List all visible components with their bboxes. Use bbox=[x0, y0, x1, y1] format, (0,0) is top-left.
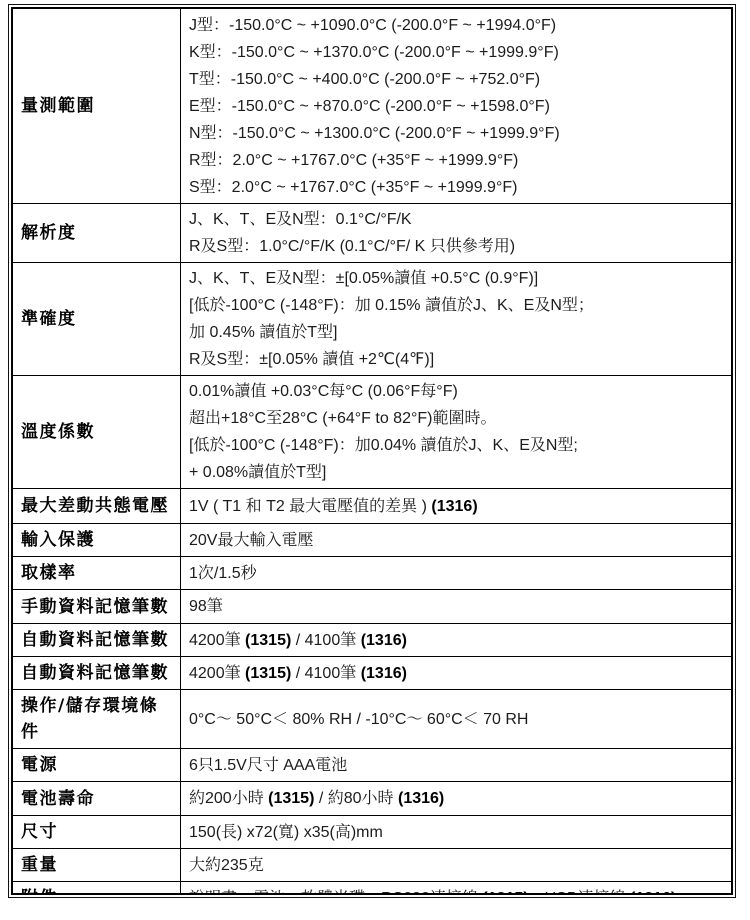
value-line: R型：2.0°C ~ +1767.0°C (+35°F ~ +1999.9°F) bbox=[189, 147, 725, 174]
value-line: 0.01%讀值 +0.03°C每°C (0.06°F每°F) bbox=[189, 378, 725, 405]
row-label-power: 電源 bbox=[13, 749, 181, 781]
table-row-auto-data-memory-2: 自動資料記憶筆數4200筆 (1315) / 4100筆 (1316) bbox=[13, 657, 731, 690]
row-value-measurement-range: J型：-150.0°C ~ +1090.0°C (-200.0°F ~ +199… bbox=[181, 9, 731, 203]
row-label-temperature-coefficient: 溫度係數 bbox=[13, 376, 181, 488]
value-line: 150(長) x72(寬) x35(高)mm bbox=[189, 819, 725, 846]
spec-table: 量測範圍J型：-150.0°C ~ +1090.0°C (-200.0°F ~ … bbox=[11, 7, 733, 895]
value-line: T型：-150.0°C ~ +400.0°C (-200.0°F ~ +752.… bbox=[189, 66, 725, 93]
table-row-resolution: 解析度J、K、T、E及N型：0.1°C/°F/KR及S型：1.0°C/°F/K … bbox=[13, 204, 731, 263]
spec-table-body: 量測範圍J型：-150.0°C ~ +1090.0°C (-200.0°F ~ … bbox=[13, 9, 731, 895]
value-line: 4200筆 (1315) / 4100筆 (1316) bbox=[189, 627, 725, 654]
row-value-manual-data-memory: 98筆 bbox=[181, 590, 731, 623]
row-value-resolution: J、K、T、E及N型：0.1°C/°F/KR及S型：1.0°C/°F/K (0.… bbox=[181, 204, 731, 262]
row-value-auto-data-memory-1: 4200筆 (1315) / 4100筆 (1316) bbox=[181, 624, 731, 656]
table-row-dimensions: 尺寸150(長) x72(寬) x35(高)mm bbox=[13, 816, 731, 849]
table-row-power: 電源6只1.5V尺寸 AAA電池 bbox=[13, 749, 731, 782]
row-label-auto-data-memory-2: 自動資料記憶筆數 bbox=[13, 657, 181, 689]
table-row-accuracy: 準確度J、K、T、E及N型：±[0.05%讀值 +0.5°C (0.9°F)][… bbox=[13, 263, 731, 376]
value-line: [低於-100°C (-148°F)：加0.04% 讀值於J、K、E及N型; bbox=[189, 432, 725, 459]
row-value-weight: 大約235克 bbox=[181, 849, 731, 881]
row-label-input-protection: 輸入保護 bbox=[13, 524, 181, 556]
value-line: J、K、T、E及N型：±[0.05%讀值 +0.5°C (0.9°F)] bbox=[189, 265, 725, 292]
row-value-input-protection: 20V最大輸入電壓 bbox=[181, 524, 731, 556]
row-value-accessories: 說明書、電池、軟體光碟、RS232連接線 (1315)、USB連接線 (1316… bbox=[181, 882, 731, 895]
row-label-resolution: 解析度 bbox=[13, 204, 181, 262]
table-row-operating-storage-environment: 操作/儲存環境條件0°C～ 50°C＜ 80% RH / -10°C～ 60°C… bbox=[13, 690, 731, 749]
table-row-max-common-mode-voltage: 最大差動共態電壓1V ( T1 和 T2 最大電壓值的差異 ) (1316) bbox=[13, 489, 731, 524]
value-line: J型：-150.0°C ~ +1090.0°C (-200.0°F ~ +199… bbox=[189, 12, 725, 39]
row-label-auto-data-memory-1: 自動資料記憶筆數 bbox=[13, 624, 181, 656]
value-line: 超出+18°C至28°C (+64°F to 82°F)範圍時。 bbox=[189, 405, 725, 432]
value-line: 約200小時 (1315) / 約80小時 (1316) bbox=[189, 785, 725, 812]
value-line: 1次/1.5秒 bbox=[189, 560, 725, 587]
row-value-temperature-coefficient: 0.01%讀值 +0.03°C每°C (0.06°F每°F)超出+18°C至28… bbox=[181, 376, 731, 488]
value-line: S型：2.0°C ~ +1767.0°C (+35°F ~ +1999.9°F) bbox=[189, 174, 725, 201]
value-line: 20V最大輸入電壓 bbox=[189, 527, 725, 554]
value-line: 說明書、電池、軟體光碟、RS232連接線 (1315)、USB連接線 (1316… bbox=[189, 885, 725, 896]
value-line: K型：-150.0°C ~ +1370.0°C (-200.0°F ~ +199… bbox=[189, 39, 725, 66]
value-line: J、K、T、E及N型：0.1°C/°F/K bbox=[189, 206, 725, 233]
row-label-measurement-range: 量測範圍 bbox=[13, 9, 181, 203]
value-line: 加 0.45% 讀值於T型] bbox=[189, 319, 725, 346]
table-row-input-protection: 輸入保護20V最大輸入電壓 bbox=[13, 524, 731, 557]
row-label-battery-life: 電池壽命 bbox=[13, 782, 181, 815]
row-value-dimensions: 150(長) x72(寬) x35(高)mm bbox=[181, 816, 731, 848]
table-row-manual-data-memory: 手動資料記憶筆數98筆 bbox=[13, 590, 731, 624]
row-value-sampling-rate: 1次/1.5秒 bbox=[181, 557, 731, 589]
row-label-operating-storage-environment: 操作/儲存環境條件 bbox=[13, 690, 181, 748]
row-label-sampling-rate: 取樣率 bbox=[13, 557, 181, 589]
row-value-max-common-mode-voltage: 1V ( T1 和 T2 最大電壓值的差異 ) (1316) bbox=[181, 489, 731, 523]
table-row-measurement-range: 量測範圍J型：-150.0°C ~ +1090.0°C (-200.0°F ~ … bbox=[13, 9, 731, 204]
value-line: E型：-150.0°C ~ +870.0°C (-200.0°F ~ +1598… bbox=[189, 93, 725, 120]
table-row-battery-life: 電池壽命約200小時 (1315) / 約80小時 (1316) bbox=[13, 782, 731, 816]
row-value-operating-storage-environment: 0°C～ 50°C＜ 80% RH / -10°C～ 60°C＜ 70 RH bbox=[181, 690, 731, 748]
value-line: 1V ( T1 和 T2 最大電壓值的差異 ) (1316) bbox=[189, 493, 725, 520]
value-line: 98筆 bbox=[189, 593, 725, 620]
table-row-auto-data-memory-1: 自動資料記憶筆數4200筆 (1315) / 4100筆 (1316) bbox=[13, 624, 731, 657]
value-line: R及S型：±[0.05% 讀值 +2℃(4℉)] bbox=[189, 346, 725, 373]
row-label-manual-data-memory: 手動資料記憶筆數 bbox=[13, 590, 181, 623]
value-line: 6只1.5V尺寸 AAA電池 bbox=[189, 752, 725, 779]
value-line: N型：-150.0°C ~ +1300.0°C (-200.0°F ~ +199… bbox=[189, 120, 725, 147]
value-line: [低於-100°C (-148°F)：加 0.15% 讀值於J、K、E及N型； bbox=[189, 292, 725, 319]
value-line: + 0.08%讀值於T型] bbox=[189, 459, 725, 486]
value-line: 4200筆 (1315) / 4100筆 (1316) bbox=[189, 660, 725, 687]
row-value-accuracy: J、K、T、E及N型：±[0.05%讀值 +0.5°C (0.9°F)][低於-… bbox=[181, 263, 731, 375]
row-label-dimensions: 尺寸 bbox=[13, 816, 181, 848]
row-label-accessories: 附件 bbox=[13, 882, 181, 895]
value-line: R及S型：1.0°C/°F/K (0.1°C/°F/ K 只供參考用) bbox=[189, 233, 725, 260]
value-line: 0°C～ 50°C＜ 80% RH / -10°C～ 60°C＜ 70 RH bbox=[189, 706, 725, 733]
value-line: 大約235克 bbox=[189, 852, 725, 879]
row-value-power: 6只1.5V尺寸 AAA電池 bbox=[181, 749, 731, 781]
table-row-sampling-rate: 取樣率1次/1.5秒 bbox=[13, 557, 731, 590]
table-row-weight: 重量大約235克 bbox=[13, 849, 731, 882]
spec-table-frame: 量測範圍J型：-150.0°C ~ +1090.0°C (-200.0°F ~ … bbox=[8, 4, 736, 898]
row-label-accuracy: 準確度 bbox=[13, 263, 181, 375]
row-value-battery-life: 約200小時 (1315) / 約80小時 (1316) bbox=[181, 782, 731, 815]
row-label-max-common-mode-voltage: 最大差動共態電壓 bbox=[13, 489, 181, 523]
row-label-weight: 重量 bbox=[13, 849, 181, 881]
row-value-auto-data-memory-2: 4200筆 (1315) / 4100筆 (1316) bbox=[181, 657, 731, 689]
table-row-accessories: 附件說明書、電池、軟體光碟、RS232連接線 (1315)、USB連接線 (13… bbox=[13, 882, 731, 895]
table-row-temperature-coefficient: 溫度係數0.01%讀值 +0.03°C每°C (0.06°F每°F)超出+18°… bbox=[13, 376, 731, 489]
